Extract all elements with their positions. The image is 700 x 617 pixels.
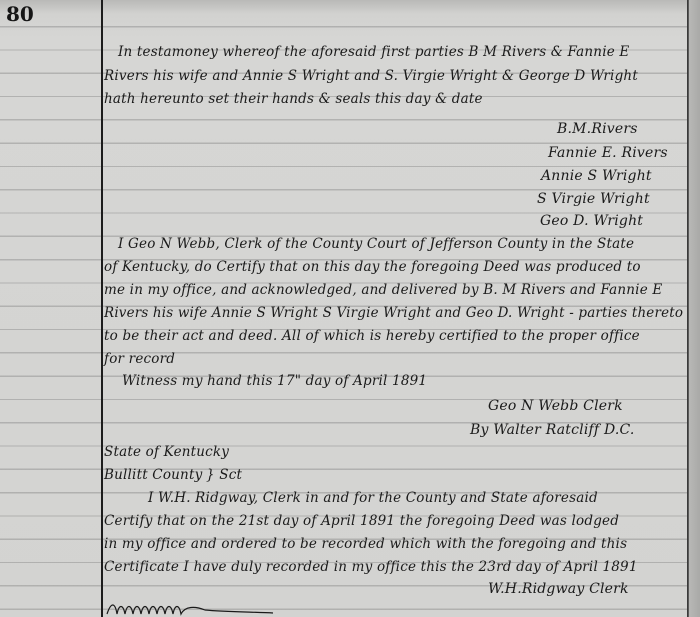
jefferson-cert-line-4: Rivers his wife Annie S Wright S Virgie … [104,305,683,321]
ledger-page: 80 In testamoney whereof the aforesaid f… [0,0,700,617]
deputy-signature-ratcliff: By Walter Ratcliff D.C. [470,422,635,438]
page-right-border [687,0,700,617]
jefferson-cert-line-2: of Kentucky, do Certify that on this day… [104,259,641,275]
bullitt-cert-line-1: I W.H. Ridgway, Clerk in and for the Cou… [148,490,598,506]
caption-state: State of Kentucky [104,444,229,460]
caption-county: Bullitt County [104,467,202,483]
signature-fannie-rivers: Fannie E. Rivers [548,145,668,161]
testimonium-line-2: Rivers his wife and Annie S Wright and S… [104,68,638,84]
caption-sct: } Sct [206,467,242,483]
signature-annie-wright: Annie S Wright [541,168,652,184]
jefferson-cert-line-3: me in my office, and acknowledged, and d… [104,282,662,298]
bullitt-cert-line-4: Certificate I have duly recorded in my o… [104,559,638,575]
signature-bm-rivers: B.M.Rivers [557,121,638,137]
page-number: 80 [6,2,34,26]
margin-line [101,0,103,617]
jefferson-cert-line-5: to be their act and deed. All of which i… [104,328,640,344]
signature-geo-wright: Geo D. Wright [540,213,643,229]
jefferson-cert-line-6: for record [104,351,175,367]
end-of-record-flourish-icon [105,600,275,617]
bullitt-cert-line-3: in my office and ordered to be recorded … [104,536,627,552]
bullitt-cert-line-2: Certify that on the 21st day of April 18… [104,513,619,529]
clerk-signature-ridgway: W.H.Ridgway Clerk [488,581,629,597]
testimonium-line-1: In testamoney whereof the aforesaid firs… [118,44,629,60]
jefferson-cert-line-1: I Geo N Webb, Clerk of the County Court … [118,236,634,252]
testimonium-line-3: hath hereunto set their hands & seals th… [104,91,483,107]
signature-virgie-wright: S Virgie Wright [537,191,650,207]
witness-line: Witness my hand this 17" day of April 18… [122,373,427,389]
clerk-signature-webb: Geo N Webb Clerk [488,398,623,414]
